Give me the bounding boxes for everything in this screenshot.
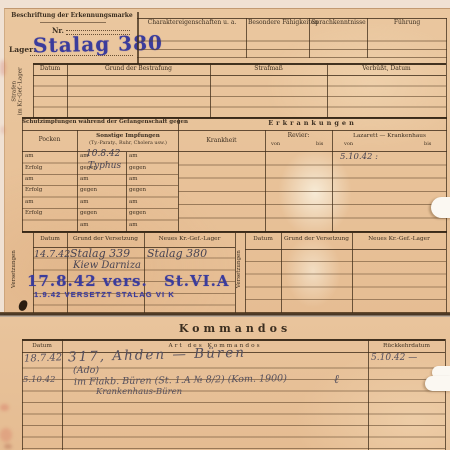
impfungen-col-sonstige-sub: (Ty.-Paraty., Ruhr, Cholera usw.) — [78, 141, 178, 146]
kdo-col-datum: Datum — [22, 343, 62, 349]
impfungen-col-sonstige: Sonstige Impfungen — [78, 133, 178, 139]
kdo-r1-datum: 18.7.42 — [24, 353, 62, 364]
transfer-stamp-date: 17.8.42 vers. — [27, 274, 148, 289]
versetzungen-right-side-label: Versetzungen — [236, 237, 242, 301]
impf-typhus-entry: Typhus — [88, 162, 121, 171]
lazarett-entry: 5.10.42 : — [340, 153, 378, 162]
impf-r2-a: am — [25, 177, 34, 183]
impf-r0-a: am — [25, 154, 34, 160]
kdo-r2-datum: 5.10.42 — [23, 376, 55, 385]
impf-r2-c: am — [129, 177, 138, 183]
impf-r5-a: Erfolg — [25, 211, 42, 217]
torn-edge-notch — [431, 197, 450, 218]
impfungen-col-pocken: Pocken — [22, 137, 77, 143]
lazarett-von: von — [344, 142, 353, 147]
impf-r2-b: am — [80, 177, 89, 183]
col-fuehrung: Führung — [369, 20, 445, 26]
strafen-col-verbuesst: Verbüßt, Datum — [327, 66, 446, 72]
impf-r6-c: am — [129, 223, 138, 229]
strafen-col-strafmass: Strafmaß — [210, 66, 327, 72]
impf-r1-c: gegen — [129, 166, 146, 172]
revier-von: von — [271, 142, 280, 147]
vl-entry-grund-1: Stalag 339 — [70, 248, 130, 259]
col-besondere-faehigkeiten: Besondere Fähigkeiten — [248, 20, 308, 26]
kdo-r2-art-2: Krankenhaus-Büren — [96, 388, 182, 397]
lager-label: Lager: — [9, 46, 36, 54]
strafen-empty-rows — [33, 76, 446, 118]
impf-r3-a: Erfolg — [25, 188, 42, 194]
kommandos-title: Kommandos — [150, 323, 320, 335]
torn-edge-notch — [425, 376, 450, 391]
impf-r5-c: gegen — [129, 211, 146, 217]
impf-r4-a: am — [25, 200, 34, 206]
strafen-col-grund: Grund der Bestrafung — [67, 66, 210, 72]
vl-col-datum: Datum — [33, 236, 67, 242]
vr-col-grund: Grund der Versetzung — [281, 236, 352, 242]
vr-row-lines — [245, 249, 446, 313]
col-lazarett: Lazarett — Krankenhaus — [332, 133, 447, 139]
col-charaktereigenschaften: Charaktereigenschaften u. a. — [139, 20, 245, 26]
vl-entry-grund-2: Kiew Darniza — [73, 261, 141, 271]
col-krankheit: Krankheit — [178, 138, 265, 144]
vl-col-grund: Grund der Versetzung — [67, 236, 144, 242]
vr-col-datum: Datum — [245, 236, 281, 242]
kdo-r1-art-2: (Ado) — [73, 366, 99, 376]
erkrankungen-row-lines — [178, 152, 447, 232]
col-sprachkenntnisse: Sprachkenntnisse — [311, 20, 366, 26]
kdo-col-rueckkehr: Rückkehrdatum — [368, 343, 445, 349]
impf-r6-b: am — [80, 223, 89, 229]
traits-empty-rows — [137, 33, 447, 58]
vr-col-lager: Neues Kr.-Gef.-Lager — [352, 236, 446, 242]
versetzungen-left-side-label: Versetzungen — [11, 237, 17, 301]
lazarett-bis: bis — [424, 142, 431, 147]
vl-entry-neues-lager: Stalag 380 — [147, 248, 207, 259]
vl-col-lager: Neues Kr.-Gef.-Lager — [144, 236, 235, 242]
impf-r1-a: Erfolg — [25, 166, 42, 172]
kdo-r1-rueckkehr: 5.10.42 — — [371, 354, 417, 363]
impf-r3-b: gegen — [80, 188, 97, 194]
transfer-stamp-2: 1.9.42 VERSETZT STALAG VI K — [34, 291, 175, 299]
impf-r4-b: am — [80, 200, 89, 206]
col-revier: Revier: — [265, 133, 332, 139]
strafen-col-datum: Datum — [33, 66, 67, 72]
revier-bis: bis — [316, 142, 323, 147]
transfer-stamp-camp: St.VI.A — [164, 274, 230, 289]
erkrankungen-header: Erkrankungen — [178, 120, 447, 127]
impfungen-header: Schutzimpfungen während der Gefangenscha… — [22, 120, 178, 126]
kdo-r2-mark: ℓ — [334, 373, 339, 385]
impf-r4-c: am — [129, 200, 138, 206]
impf-r0-c: am — [129, 154, 138, 160]
strafen-side-label: Strafen im Kr.-Gef.-Lager — [12, 59, 25, 123]
impf-date-entry: 10.8.42 — [86, 150, 120, 159]
impf-r3-c: gegen — [129, 188, 146, 194]
scanned-pow-record-card: Beschriftung der Erkennungsmarke Nr. Lag… — [0, 0, 450, 450]
vl-entry-datum: 14.7.42 — [34, 250, 70, 260]
impf-r5-b: gegen — [80, 211, 97, 217]
tag-description-header: Beschriftung der Erkennungsmarke — [8, 13, 136, 19]
